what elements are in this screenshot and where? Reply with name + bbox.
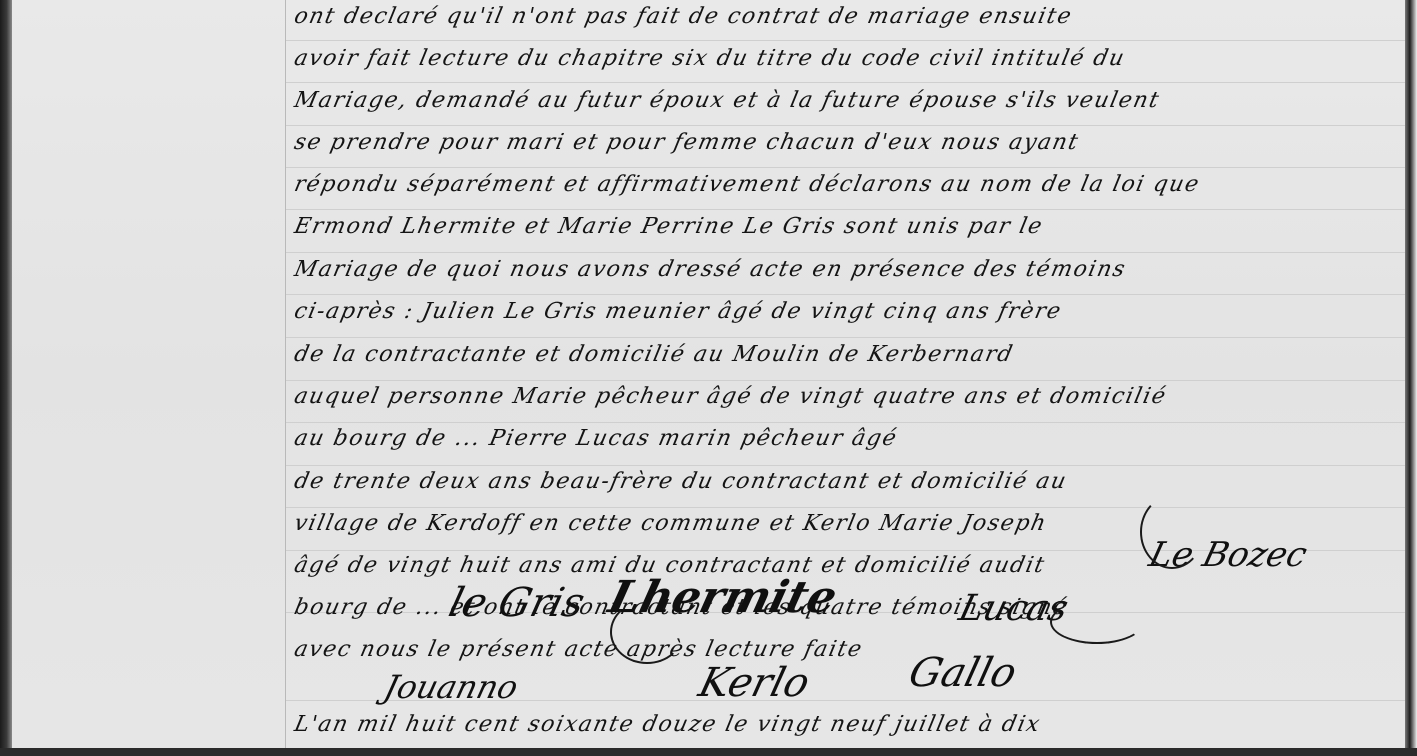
record-line: ont declaré qu'il n'ont pas fait de cont… (290, 4, 1407, 38)
ruled-line (286, 507, 1405, 508)
document-viewer: ont declaré qu'il n'ont pas fait de cont… (0, 0, 1417, 756)
signature-le-gris: le Gris (444, 580, 589, 626)
record-line: ci-après : Julien Le Gris meunier âgé de… (290, 299, 1407, 333)
signature-flourish (1140, 495, 1204, 569)
ruled-line (286, 125, 1405, 126)
record-line: auquel personne Marie pêcheur âgé de vin… (290, 384, 1407, 418)
next-record-first-line: L'an mil huit cent soixante douze le vin… (290, 712, 1407, 746)
record-line: Ermond Lhermite et Marie Perrine Le Gris… (290, 214, 1407, 248)
ruled-line (286, 294, 1405, 295)
right-binding-edge (1405, 0, 1417, 748)
record-line: Mariage, demandé au futur époux et à la … (290, 88, 1407, 122)
record-line: de trente deux ans beau-frère du contrac… (290, 469, 1407, 503)
signature-jouanno: Jouanno (380, 668, 522, 706)
ruled-line (286, 209, 1405, 210)
signature-gallo: Gallo (904, 650, 1021, 696)
record-line: Mariage de quoi nous avons dressé acte e… (290, 257, 1407, 291)
ruled-line (286, 337, 1405, 338)
left-binding-edge (0, 0, 12, 748)
left-margin-blank (12, 0, 285, 748)
record-line: avec nous le présent acte après lecture … (290, 637, 1407, 671)
record-line: avoir fait lecture du chapitre six du ti… (290, 46, 1407, 80)
scanned-register-page: ont declaré qu'il n'ont pas fait de cont… (0, 0, 1417, 748)
ruled-line (286, 167, 1405, 168)
record-line: répondu séparément et affirmativement dé… (290, 172, 1407, 206)
signature-kerlo: Kerlo (694, 660, 814, 706)
signature-flourish (1050, 600, 1144, 644)
ruled-line (286, 82, 1405, 83)
ruled-line (286, 252, 1405, 253)
record-line: se prendre pour mari et pour femme chacu… (290, 130, 1407, 164)
ruled-line (286, 422, 1405, 423)
signature-flourish (610, 600, 684, 664)
ruled-line (286, 380, 1405, 381)
margin-rule-line (285, 0, 286, 748)
record-line: au bourg de ... Pierre Lucas marin pêche… (290, 426, 1407, 460)
record-line: de la contractante et domicilié au Mouli… (290, 342, 1407, 376)
ruled-line (286, 40, 1405, 41)
ruled-line (286, 465, 1405, 466)
viewer-bottom-bar (0, 748, 1417, 756)
